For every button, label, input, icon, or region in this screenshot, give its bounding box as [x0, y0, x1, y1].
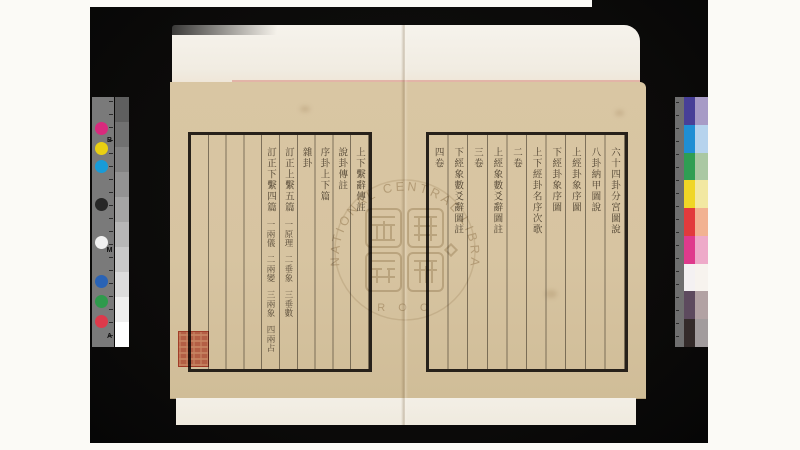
- toc-title: 下經象數爻辭圖註: [452, 147, 463, 235]
- green-dot: [95, 295, 108, 308]
- left-calibration-bar: B M A: [92, 97, 129, 347]
- patch-green: [684, 153, 695, 181]
- color-patch-row: [684, 236, 708, 264]
- toc-subitem: 三垂數: [283, 290, 293, 318]
- toc-column: 序卦上下篇: [313, 147, 334, 365]
- calibration-ruler-ticks: [676, 102, 679, 342]
- patch-off-white: [695, 264, 708, 292]
- patch-light-yellow: [695, 180, 708, 208]
- right-calibration-bar: [675, 97, 708, 347]
- toc-title: 上下經卦名序次歌: [531, 147, 542, 235]
- toc-title: 三卷: [472, 147, 483, 169]
- patch-blue: [684, 125, 695, 153]
- toc-title: 二卷: [511, 147, 522, 169]
- center-fold: [401, 25, 408, 425]
- red-collection-seal: [178, 331, 209, 367]
- top-white-margin: [0, 0, 592, 7]
- color-patch-row: [684, 153, 708, 181]
- toc-subitem: 二垂象: [283, 255, 293, 283]
- grayscale-letter-b: B: [105, 137, 114, 144]
- patch-gray: [695, 319, 708, 347]
- toc-title: 下經卦象序圖: [550, 147, 561, 213]
- black-dot: [95, 198, 108, 211]
- patch-light-blue: [695, 125, 708, 153]
- scanned-book-screenshot: 上下繫辭傳註 說卦傳註 序卦上下篇 雜卦 訂正上繫五篇一原理二垂象三垂數 訂正下…: [0, 0, 800, 450]
- toc-title: 上經象數爻辭圖註: [491, 147, 502, 235]
- paper-stain: [615, 110, 624, 116]
- patch-salmon: [695, 208, 708, 236]
- patch-magenta: [684, 236, 695, 264]
- color-patch-row: [684, 125, 708, 153]
- toc-subitem: 四兩占: [265, 325, 275, 353]
- left-page-text-frame: 上下繫辭傳註 說卦傳註 序卦上下篇 雜卦 訂正上繫五篇一原理二垂象三垂數 訂正下…: [188, 132, 372, 372]
- toc-column: 上下繫辭傳註: [348, 147, 369, 365]
- color-patch-column: [684, 97, 708, 347]
- patch-red: [684, 208, 695, 236]
- backing-corner-shadow: [172, 25, 322, 35]
- toc-column-volume-label: 四卷: [425, 147, 449, 365]
- patch-gray-pink: [695, 291, 708, 319]
- toc-title: 訂正上繫五篇: [283, 147, 294, 213]
- toc-subitem: 二兩變: [265, 255, 275, 283]
- patch-light-purple: [695, 97, 708, 125]
- toc-title: 八卦納甲圖說: [589, 147, 600, 213]
- patch-white: [684, 264, 695, 292]
- magenta-dot: [95, 122, 108, 135]
- toc-subitem: 三兩象: [265, 290, 275, 318]
- toc-title: 訂正下繫四篇: [265, 147, 276, 213]
- toc-column: 訂正下繫四篇一兩儀二兩變三兩象四兩占: [259, 147, 280, 365]
- toc-column: 訂正上繫五篇一原理二垂象三垂數: [277, 147, 298, 365]
- toc-subitem: 一原理: [283, 220, 293, 248]
- right-page-text-frame: 六十四卦分宮圖說 八卦納甲圖說 上經卦象序圖 下經卦象序圖 上下經卦名序次歌 二…: [426, 132, 628, 372]
- patch-blue-purple: [684, 97, 695, 125]
- cyan-dot: [95, 160, 108, 173]
- patch-dark-mauve: [684, 291, 695, 319]
- patch-light-pink: [695, 236, 708, 264]
- toc-title: 上下繫辭傳註: [354, 147, 365, 213]
- grayscale-letter-m: M: [105, 247, 114, 254]
- toc-title: 說卦傳註: [336, 147, 347, 191]
- color-patch-row: [684, 208, 708, 236]
- color-patch-row: [684, 180, 708, 208]
- toc-title: 雜卦: [301, 147, 312, 169]
- toc-title: 六十四卦分宮圖說: [609, 147, 620, 235]
- toc-title: 序卦上下篇: [318, 147, 329, 202]
- color-patch-row: [684, 97, 708, 125]
- toc-title: 上經卦象序圖: [570, 147, 581, 213]
- grayscale-letter-a: A: [105, 333, 114, 340]
- toc-title: 四卷: [433, 147, 444, 169]
- color-patch-row: [684, 291, 708, 319]
- paper-stain: [300, 106, 310, 112]
- color-patch-row: [684, 264, 708, 292]
- toc-column: 說卦傳註: [330, 147, 351, 365]
- red-dot: [95, 315, 108, 328]
- toc-column: 雜卦: [295, 147, 316, 365]
- grayscale-step-wedge: [115, 97, 129, 347]
- patch-yellow: [684, 180, 695, 208]
- patch-dark-brown: [684, 319, 695, 347]
- patch-light-green: [695, 153, 708, 181]
- color-patch-row: [684, 319, 708, 347]
- blue-dot: [95, 275, 108, 288]
- toc-subitem: 一兩儀: [265, 220, 275, 248]
